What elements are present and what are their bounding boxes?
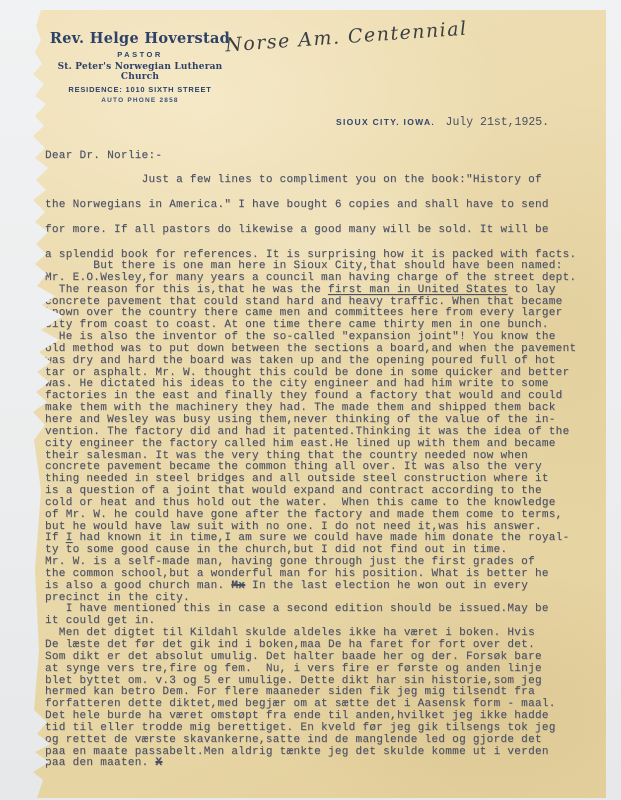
typed-line: was dry and hard the board was taken up …	[45, 356, 576, 368]
typed-line: for more. If all pastors do likewise a g…	[45, 218, 576, 243]
typed-line: is also a good church man. Mx In the las…	[45, 581, 576, 593]
dateline: SIOUX CITY. IOWA. July 21st,1925.	[336, 112, 549, 130]
dateline-place: SIOUX CITY. IOWA.	[336, 117, 435, 127]
salutation: Dear Dr. Norlie:-	[45, 150, 162, 162]
letterhead-title: PASTOR	[41, 50, 239, 59]
typed-line: the Norwegians in America." I have bough…	[45, 193, 576, 218]
typed-line: paa den maaten. X	[45, 758, 576, 770]
typed-line: tid til eller trodde mig berettiget. En …	[45, 723, 576, 735]
typed-line: at synge vers tre,fire og fem. Nu, i ver…	[45, 664, 576, 676]
typed-line: The reason for this is,that he was the f…	[45, 285, 576, 297]
typed-line: old method was to put down between the s…	[45, 344, 576, 356]
letter-page: Rev. Helge Hoverstad PASTOR St. Peter's …	[29, 10, 606, 798]
letter-body: But there is one man here in Sioux City,…	[45, 261, 576, 770]
typed-line: city engineer the factory called him eas…	[45, 439, 576, 451]
typed-line: cold or heat and thus hold out the water…	[45, 498, 576, 510]
typed-line: og rettet de værste skavankerne,satte in…	[45, 735, 576, 747]
typed-line: Just a few lines to compliment you on th…	[45, 168, 576, 193]
letterhead-residence: RESIDENCE: 1010 SIXTH STREET	[41, 85, 239, 94]
dateline-date: July 21st,1925.	[446, 116, 550, 129]
opening-paragraph: Just a few lines to compliment you on th…	[45, 168, 576, 268]
letterhead-church: St. Peter's Norwegian Lutheran Church	[41, 62, 239, 82]
letterhead-phone: AUTO PHONE 2858	[41, 97, 239, 104]
typed-line: the common school,but a wonderful man fo…	[45, 569, 576, 581]
typed-line: Som dikt er det absolut umulig. Det halt…	[45, 652, 576, 664]
handwritten-annotation: Norse Am. Centennial	[225, 18, 469, 57]
typed-line: of Mr. W. he could have gone after the f…	[45, 510, 576, 522]
letterhead-name: Rev. Helge Hoverstad	[41, 30, 239, 47]
letterhead: Rev. Helge Hoverstad PASTOR St. Peter's …	[41, 30, 239, 104]
typed-line: vention. The factory did and had it pate…	[45, 427, 576, 439]
